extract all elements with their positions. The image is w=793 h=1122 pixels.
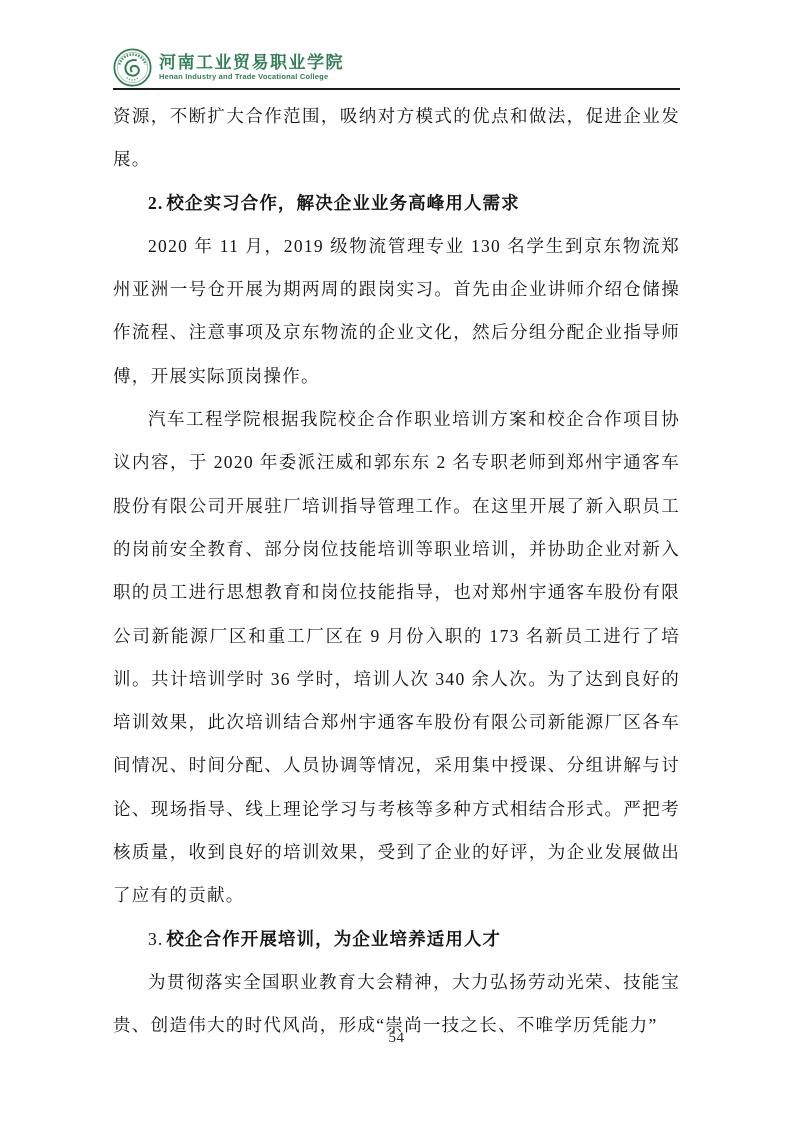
college-name-en: Henan Industry and Trade Vocational Coll… (159, 73, 344, 81)
heading-number: 2. (148, 193, 163, 213)
document-body: 资源，不断扩大合作范围，吸纳对方模式的优点和做法，促进企业发展。2.校企实习合作… (113, 95, 680, 1048)
paragraph-text: 资源，不断扩大合作范围，吸纳对方模式的优点和做法，促进企业发展。 (113, 106, 680, 169)
paragraph-text: 2020 年 11 月，2019 级物流管理专业 130 名学生到京东物流郑州亚… (113, 236, 680, 386)
college-name-zh: 河南工业贸易职业学院 (159, 54, 344, 72)
section-heading: 3.校企合作开展培训，为企业培养适用人才 (113, 918, 680, 961)
heading-text: 校企合作开展培训，为企业培养适用人才 (166, 929, 501, 949)
paragraph: 汽车工程学院根据我院校企合作职业培训方案和校企合作项目协议内容，于 2020 年… (113, 398, 680, 918)
page-footer: 54 (0, 1030, 793, 1047)
page-header: 河南工业贸易职业学院 Henan Industry and Trade Voca… (113, 48, 680, 87)
college-logo: 河南工业贸易职业学院 Henan Industry and Trade Voca… (113, 48, 680, 87)
paragraph: 资源，不断扩大合作范围，吸纳对方模式的优点和做法，促进企业发展。 (113, 95, 680, 182)
section-heading: 2.校企实习合作，解决企业业务高峰用人需求 (113, 182, 680, 225)
heading-number: 3. (148, 929, 163, 949)
document-page: 河南工业贸易职业学院 Henan Industry and Trade Voca… (0, 0, 793, 1122)
paragraph: 2020 年 11 月，2019 级物流管理专业 130 名学生到京东物流郑州亚… (113, 225, 680, 398)
page-number: 54 (389, 1030, 405, 1046)
college-seal-icon (113, 48, 152, 87)
paragraph-text: 为贯彻落实全国职业教育大会精神，大力弘扬劳动光荣、技能宝贵、创造伟大的时代风尚，… (113, 972, 680, 1035)
heading-text: 校企实习合作，解决企业业务高峰用人需求 (166, 193, 519, 213)
header-divider (113, 88, 680, 90)
paragraph-text: 汽车工程学院根据我院校企合作职业培训方案和校企合作项目协议内容，于 2020 年… (113, 409, 680, 905)
